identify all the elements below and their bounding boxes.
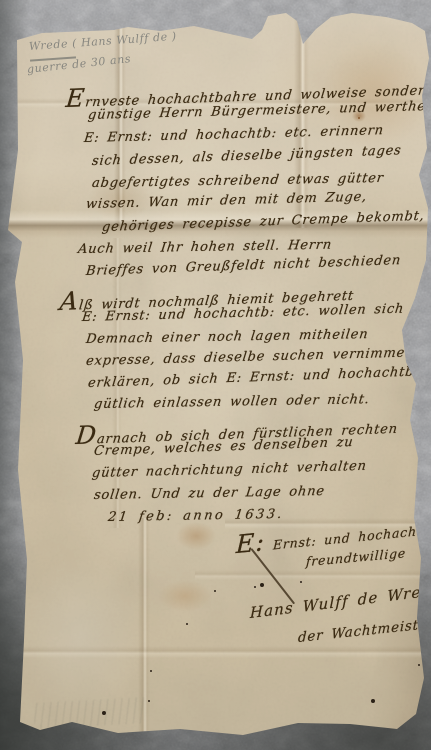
horizontal-crease-lower-right — [195, 570, 431, 580]
light-patch-bottom-left — [16, 556, 146, 716]
stain-center-lower — [158, 580, 212, 612]
photograph-of-manuscript-letter: Wrede ( Hans Wulff de ) guerre de 30 ans… — [0, 0, 431, 750]
date-line: 21 feb: anno 1633. — [107, 507, 285, 525]
ink-specks — [214, 590, 216, 592]
letter-paper: Wrede ( Hans Wulff de ) guerre de 30 ans… — [0, 0, 431, 750]
stain-center — [176, 522, 216, 550]
